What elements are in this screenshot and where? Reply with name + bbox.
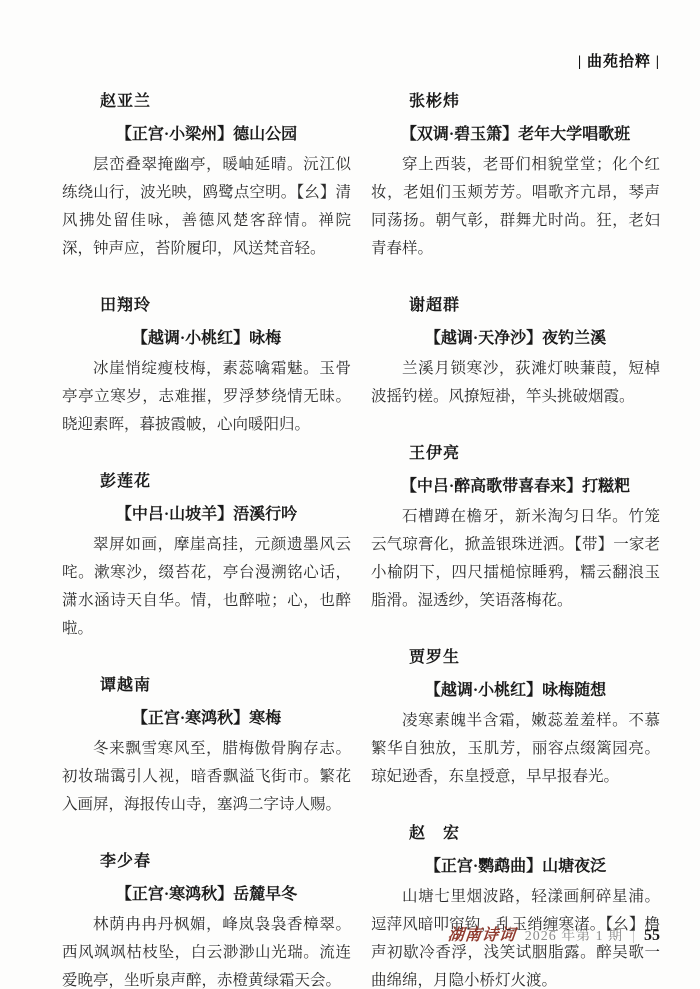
poem-body: 凌寒素魄半含霜，嫩蕊羞羞样。不慕繁华自独放，玉肌芳，丽容点缀篱园亮。琼妃逊香，东… — [371, 707, 660, 791]
poem-body: 翠屏如画，摩崖高挂，元颜遗墨风云咤。漱寒沙，缀苔花，亭台漫溯铭心话，潇水涵诗天自… — [62, 531, 351, 643]
page-footer: 湖南诗词 2026 年第 1 期 | 55 — [448, 922, 660, 945]
poem-title: 【正宫·寒鸿秋】寒梅 — [62, 705, 351, 728]
poem-body: 林荫冉冉丹枫媚，峰岚袅袅香樟翠。西风飒飒枯枝坠，白云渺渺山光瑞。流连爱晚亭，坐听… — [62, 911, 351, 989]
issue-label: 2026 年第 1 期 — [525, 925, 624, 945]
poem-title: 【越调·小桃红】咏梅 — [62, 325, 351, 348]
poem-body: 层峦叠翠掩幽亭，暖岫延晴。沅江似练绕山行，波光映，鸥鹭点空明。【幺】清风拂处留佳… — [62, 151, 351, 263]
poem-entry: 李少春 【正宫·寒鸿秋】岳麓早冬 林荫冉冉丹枫媚，峰岚袅袅香樟翠。西风飒飒枯枝坠… — [62, 848, 351, 989]
journal-logo: 湖南诗词 — [446, 922, 516, 945]
poem-author: 谢超群 — [371, 292, 660, 315]
poem-author: 彭莲花 — [62, 468, 351, 491]
poem-body: 穿上西装，老哥们相貌堂堂；化个红妆，老姐们玉颊芳芳。唱歌齐亢昂，琴声同荡扬。朝气… — [371, 151, 660, 263]
magazine-page: | 曲苑拾粹 | 赵亚兰 【正宫·小梁州】德山公园 层峦叠翠掩幽亭，暖岫延晴。沅… — [0, 0, 700, 989]
poem-entry: 赵 宏 【正宫·鹦鹉曲】山塘夜泛 山塘七里烟波路，轻漾画舸碎星浦。逗萍风暗叩帘钩… — [371, 820, 660, 989]
poem-title: 【越调·小桃红】咏梅随想 — [371, 677, 660, 700]
poem-body: 冬来飘雪寒风至，腊梅傲骨胸存志。初妆瑞霭引人视，暗香飘溢飞街市。繁花入画屏，海报… — [62, 735, 351, 819]
footer-divider: | — [632, 929, 635, 945]
right-column: 张彬炜 【双调·碧玉箫】老年大学唱歌班 穿上西装，老哥们相貌堂堂；化个红妆，老姐… — [371, 88, 660, 989]
poem-author: 李少春 — [62, 848, 351, 871]
poem-author: 贾罗生 — [371, 644, 660, 667]
poem-body: 石槽蹲在檐牙，新米淘匀日华。竹笼云气琼膏化，掀盖银珠迸洒。【带】一家老小榆阴下，… — [371, 503, 660, 615]
poem-author: 谭越南 — [62, 672, 351, 695]
left-column: 赵亚兰 【正宫·小梁州】德山公园 层峦叠翠掩幽亭，暖岫延晴。沅江似练绕山行，波光… — [62, 88, 351, 989]
poem-entry: 谭越南 【正宫·寒鸿秋】寒梅 冬来飘雪寒风至，腊梅傲骨胸存志。初妆瑞霭引人视，暗… — [62, 672, 351, 819]
poem-title: 【正宫·鹦鹉曲】山塘夜泛 — [371, 853, 660, 876]
poem-entry: 贾罗生 【越调·小桃红】咏梅随想 凌寒素魄半含霜，嫩蕊羞羞样。不慕繁华自独放，玉… — [371, 644, 660, 791]
poem-columns: 赵亚兰 【正宫·小梁州】德山公园 层峦叠翠掩幽亭，暖岫延晴。沅江似练绕山行，波光… — [62, 88, 660, 989]
poem-entry: 彭莲花 【中吕·山坡羊】浯溪行吟 翠屏如画，摩崖高挂，元颜遗墨风云咤。漱寒沙，缀… — [62, 468, 351, 643]
poem-title: 【中吕·醉高歌带喜春来】打糍粑 — [371, 473, 660, 496]
poem-author: 田翔玲 — [62, 292, 351, 315]
poem-entry: 田翔玲 【越调·小桃红】咏梅 冰崖悄绽瘦枝梅，素蕊噙霜魅。玉骨亭亭立寒岁，志难摧… — [62, 292, 351, 439]
poem-entry: 张彬炜 【双调·碧玉箫】老年大学唱歌班 穿上西装，老哥们相貌堂堂；化个红妆，老姐… — [371, 88, 660, 263]
poem-author: 赵 宏 — [371, 820, 660, 843]
poem-entry: 赵亚兰 【正宫·小梁州】德山公园 层峦叠翠掩幽亭，暖岫延晴。沅江似练绕山行，波光… — [62, 88, 351, 263]
section-header: | 曲苑拾粹 | — [578, 50, 660, 71]
poem-entry: 谢超群 【越调·天净沙】夜钓兰溪 兰溪月锁寒沙，荻滩灯映蒹葭，短棹波摇钓槎。风撩… — [371, 292, 660, 411]
poem-body: 冰崖悄绽瘦枝梅，素蕊噙霜魅。玉骨亭亭立寒岁，志难摧，罗浮梦绕情无昧。晓迎素晖，暮… — [62, 355, 351, 439]
poem-title: 【双调·碧玉箫】老年大学唱歌班 — [371, 121, 660, 144]
poem-title: 【中吕·山坡羊】浯溪行吟 — [62, 501, 351, 524]
poem-body: 兰溪月锁寒沙，荻滩灯映蒹葭，短棹波摇钓槎。风撩短褂，竿头挑破烟霞。 — [371, 355, 660, 411]
page-number: 55 — [644, 927, 660, 945]
poem-entry: 王伊亮 【中吕·醉高歌带喜春来】打糍粑 石槽蹲在檐牙，新米淘匀日华。竹笼云气琼膏… — [371, 440, 660, 615]
poem-title: 【正宫·小梁州】德山公园 — [62, 121, 351, 144]
poem-title: 【正宫·寒鸿秋】岳麓早冬 — [62, 881, 351, 904]
poem-author: 张彬炜 — [371, 88, 660, 111]
poem-author: 赵亚兰 — [62, 88, 351, 111]
poem-title: 【越调·天净沙】夜钓兰溪 — [371, 325, 660, 348]
poem-author: 王伊亮 — [371, 440, 660, 463]
